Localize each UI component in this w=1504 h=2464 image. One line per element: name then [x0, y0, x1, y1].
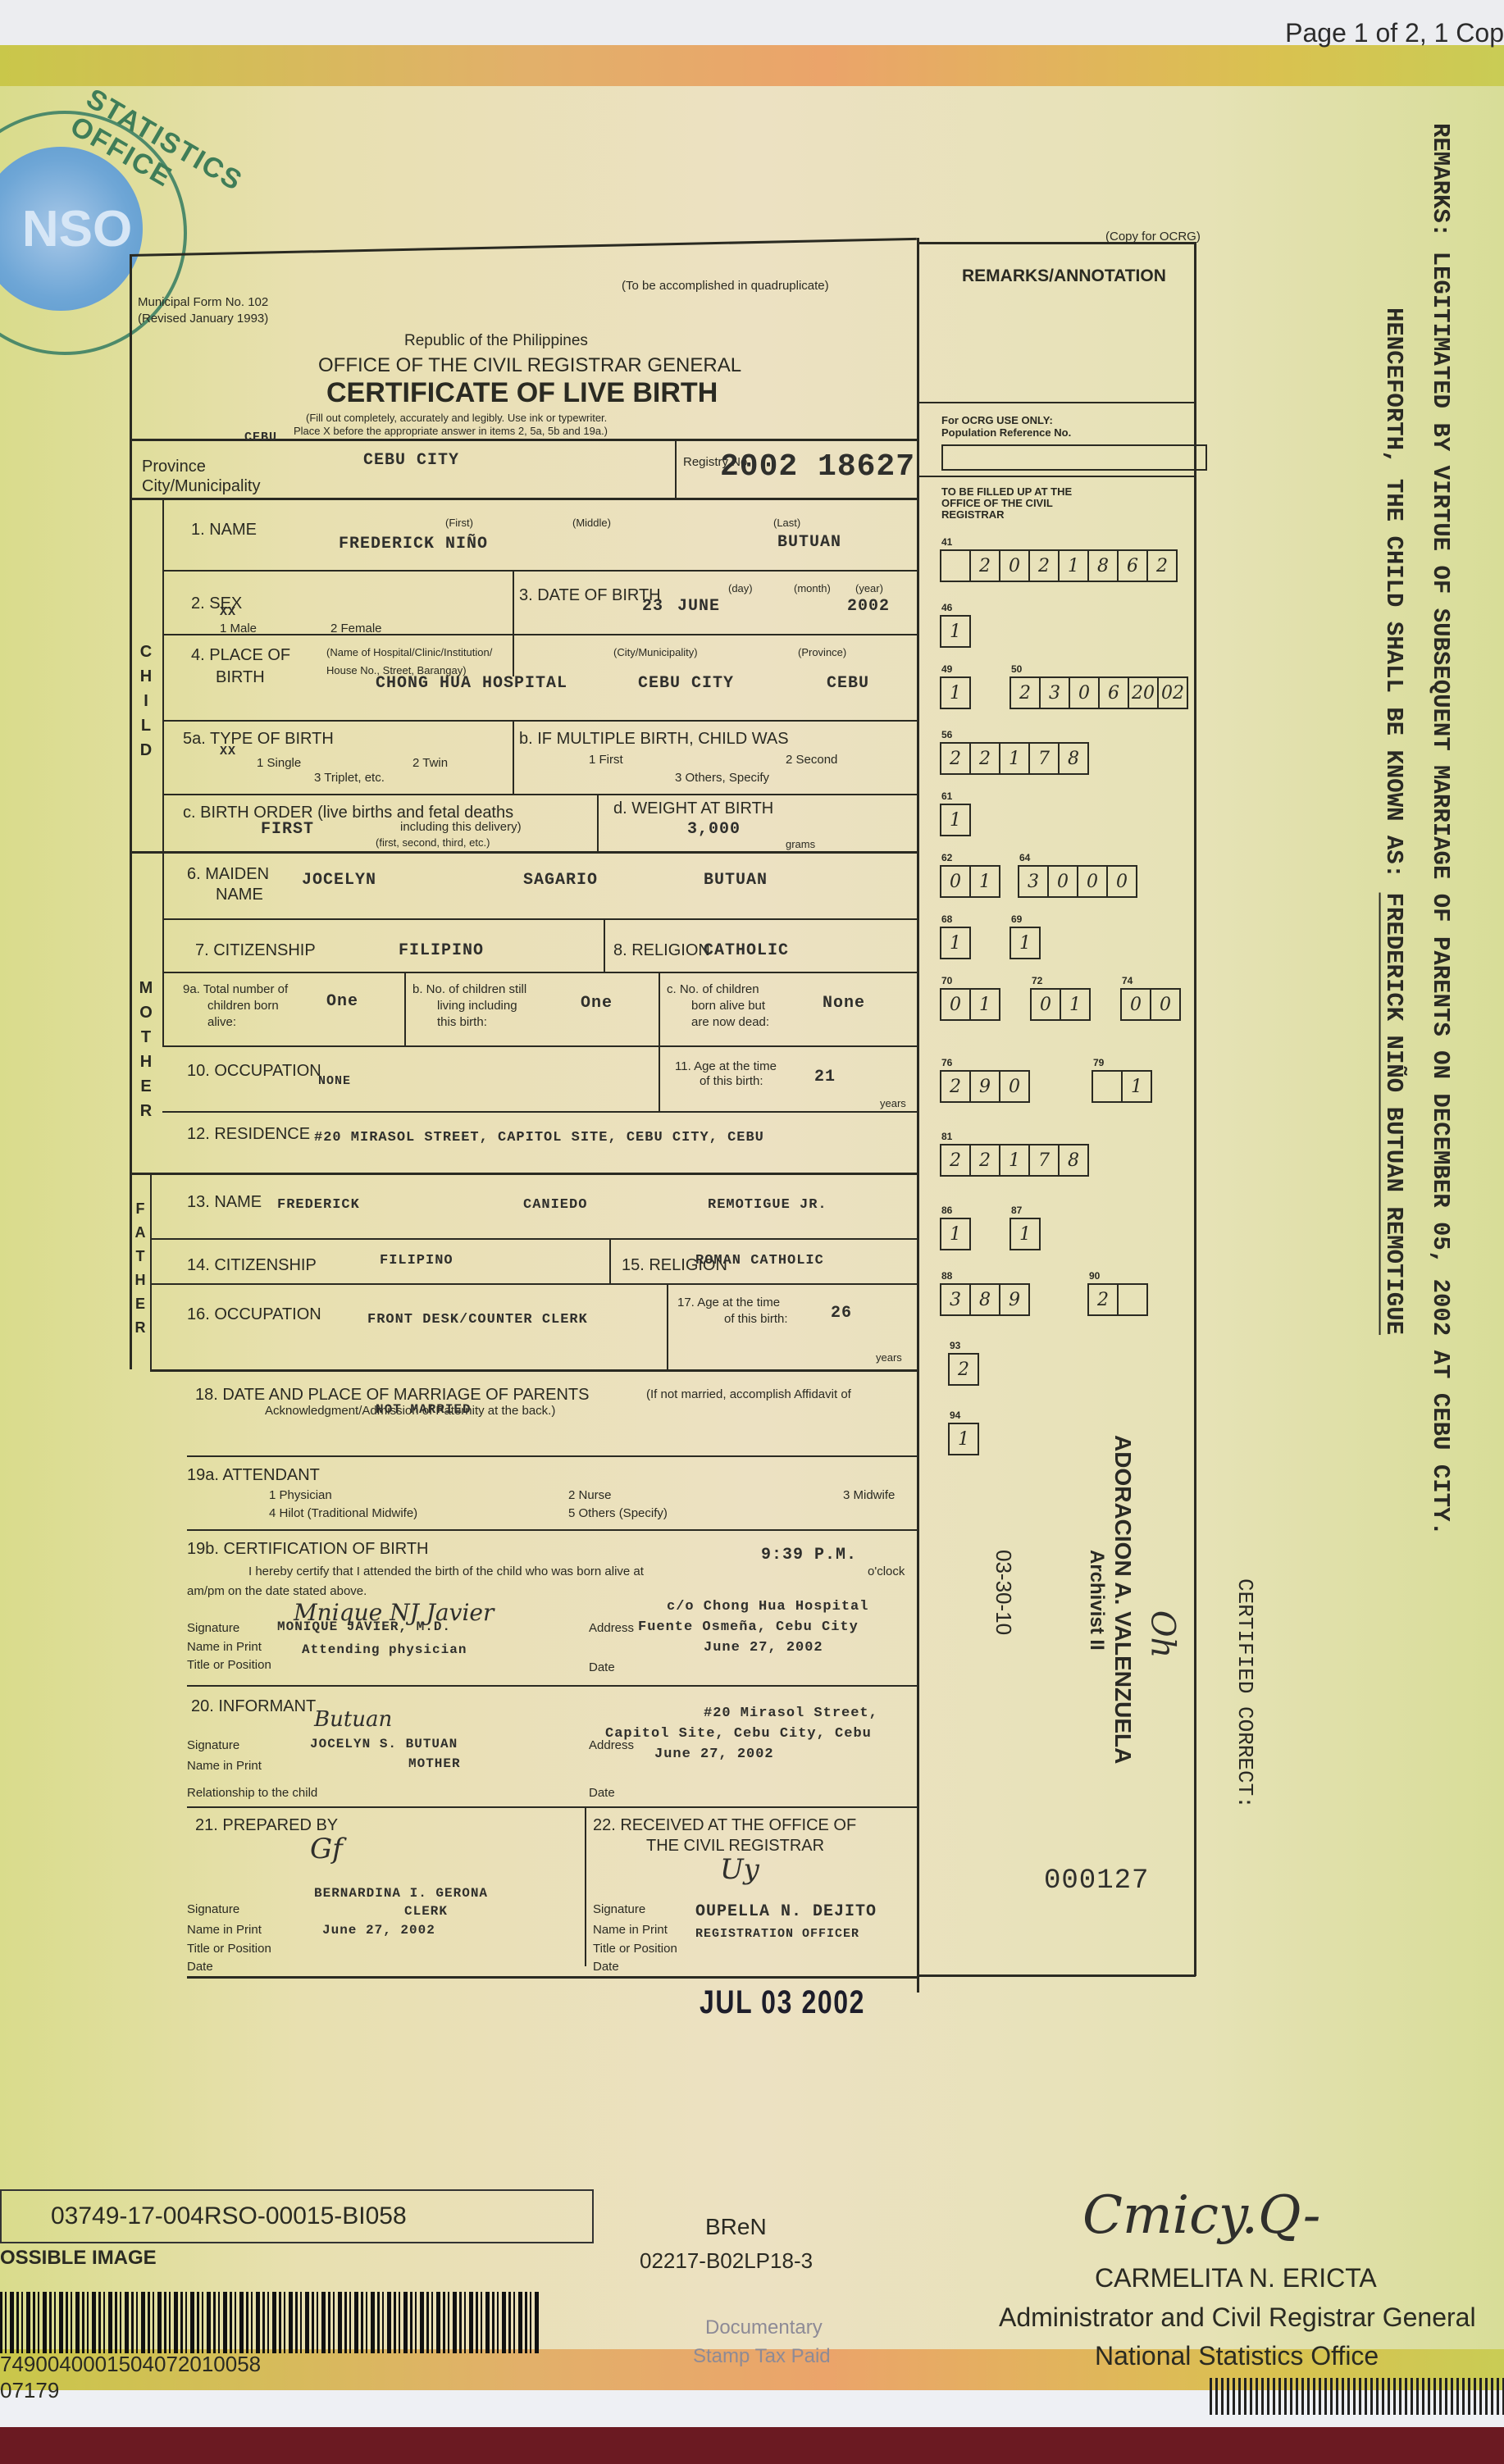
physician-title: Attending physician — [302, 1642, 467, 1657]
informant-address-1: #20 Mirasol Street, — [704, 1706, 878, 1721]
code-digit: 7 — [1028, 742, 1060, 775]
dob-label: 3. DATE OF BIRTH — [519, 586, 661, 605]
code-digit: 2 — [1146, 549, 1178, 582]
father-age: 26 — [831, 1304, 852, 1323]
dead-label-2: born alive but — [691, 999, 765, 1013]
code-digit: 1 — [940, 1218, 971, 1250]
code-box-50: 23062002 — [1011, 676, 1188, 709]
code-digit: 0 — [940, 988, 971, 1021]
dead-label-3: are now dead: — [691, 1015, 769, 1029]
code-box-68: 1 — [941, 927, 971, 959]
total-born-label: 9a. Total number of — [183, 982, 288, 996]
pob-label: 4. PLACE OF — [191, 646, 290, 665]
attendant-option-nurse: 2 Nurse — [568, 1488, 612, 1502]
preparer-date-label: Date — [187, 1960, 213, 1974]
multiple-option-others: 3 Others, Specify — [675, 771, 769, 785]
oclock-label: o'clock — [868, 1564, 905, 1578]
province-value: CEBU — [244, 430, 277, 444]
remarks-annotation-title: REMARKS/ANNOTATION — [962, 266, 1166, 286]
code-box-64: 3000 — [1019, 865, 1137, 898]
dob-year-sublabel: (year) — [855, 582, 883, 594]
type-of-birth-label: 5a. TYPE OF BIRTH — [183, 730, 334, 749]
weight-label: d. WEIGHT AT BIRTH — [613, 799, 773, 818]
legitimation-remark: REMARKS: LEGITIMATED BY VIRTUE OF SUBSEQ… — [1427, 123, 1454, 1536]
informant-date: June 27, 2002 — [654, 1747, 774, 1762]
attendant-option-others: 5 Others (Specify) — [568, 1506, 668, 1520]
code-digit: 1 — [940, 615, 971, 648]
code-digit: 9 — [969, 1070, 1000, 1103]
type-option-single: 1 Single — [257, 756, 301, 770]
preparer-name: BERNARDINA I. GERONA — [314, 1886, 488, 1901]
instructions-line-2: Place X before the appropriate answer in… — [294, 425, 608, 437]
code-digit: 1 — [1060, 988, 1091, 1021]
father-name-label: 13. NAME — [187, 1193, 262, 1212]
preparer-title: CLERK — [404, 1904, 448, 1919]
weight-value: 3,000 — [687, 820, 741, 839]
code-digit: 2 — [1087, 1283, 1119, 1316]
code-box-70: 01 — [941, 988, 1000, 1021]
name-in-print-label: Name in Print — [187, 1640, 262, 1654]
attendant-label: 19a. ATTENDANT — [187, 1466, 320, 1485]
population-ref-field — [941, 444, 1207, 471]
mother-age-label-2: of this birth: — [700, 1074, 763, 1088]
certification-label: 19b. CERTIFICATION OF BIRTH — [187, 1540, 429, 1559]
code-digit: 8 — [1058, 742, 1089, 775]
mother-first-name: JOCELYN — [302, 871, 376, 890]
province-label: Province — [142, 458, 206, 476]
mother-residence: #20 MIRASOL STREET, CAPITOL SITE, CEBU C… — [314, 1130, 764, 1145]
informant-label: 20. INFORMANT — [191, 1697, 316, 1716]
code-digit: 0 — [999, 1070, 1030, 1103]
code-box-79: 1 — [1093, 1070, 1152, 1103]
background-top-edge — [0, 0, 1504, 49]
signatory-name: CARMELITA N. ERICTA — [1095, 2263, 1377, 2293]
dob-month: JUNE — [677, 597, 720, 616]
middle-sublabel: (Middle) — [572, 517, 611, 529]
pob-province-sublabel: (Province) — [798, 646, 846, 658]
living-label-2: living including — [437, 999, 517, 1013]
archivist-stamp-date: 03-30-10 — [991, 1550, 1016, 1635]
code-digit: 3 — [1018, 865, 1049, 898]
code-number: 87 — [1011, 1205, 1022, 1216]
office-label: OFFICE OF THE CIVIL REGISTRAR GENERAL — [318, 354, 741, 377]
code-number: 49 — [941, 663, 952, 675]
mother-citizenship-label: 7. CITIZENSHIP — [195, 941, 316, 960]
attendant-option-midwife: 3 Midwife — [843, 1488, 895, 1502]
code-box-61: 1 — [941, 804, 971, 836]
dob-month-sublabel: (month) — [794, 582, 831, 594]
code-number: 68 — [941, 913, 952, 925]
birth-order-value: FIRST — [261, 820, 314, 839]
title-label: Title or Position — [187, 1658, 271, 1672]
multiple-option-second: 2 Second — [786, 753, 837, 767]
dob-year: 2002 — [847, 597, 890, 616]
code-box-86: 1 — [941, 1218, 971, 1250]
pob-hospital: CHONG HUA HOSPITAL — [376, 674, 567, 693]
code-digit: 2 — [940, 1144, 971, 1177]
code-number: 50 — [1011, 663, 1022, 675]
date-label: Date — [589, 1660, 615, 1674]
birth-time: 9:39 P.M. — [761, 1546, 857, 1564]
code-digit: 8 — [969, 1283, 1000, 1316]
pob-city: CEBU CITY — [638, 674, 734, 693]
attendant-option-hilot: 4 Hilot (Traditional Midwife) — [269, 1506, 417, 1520]
birth-certificate-form: Municipal Form No. 102 (Revised January … — [130, 254, 1228, 1993]
code-number: 41 — [941, 536, 952, 548]
code-number: 93 — [950, 1340, 960, 1351]
marriage-note: (If not married, accomplish Affidavit of — [646, 1387, 851, 1401]
father-citizenship-label: 14. CITIZENSHIP — [187, 1256, 317, 1275]
code-number: 46 — [941, 602, 952, 613]
code-digit — [1117, 1283, 1148, 1316]
living-label: b. No. of children still — [412, 982, 526, 996]
code-digit: 2 — [940, 742, 971, 775]
code-number: 86 — [941, 1205, 952, 1216]
code-box-76: 290 — [941, 1070, 1030, 1103]
stamp-tax-label-2: Stamp Tax Paid — [693, 2345, 831, 2368]
mother-occupation-label: 10. OCCUPATION — [187, 1062, 321, 1081]
code-box-69: 1 — [1011, 927, 1041, 959]
father-section-label: FATHER — [132, 1197, 148, 1340]
mother-age-unit: years — [880, 1097, 906, 1109]
father-age-label-2: of this birth: — [724, 1312, 788, 1326]
seal-text: NSO — [0, 200, 132, 258]
bren-value: 02217-B02LP18-3 — [640, 2248, 813, 2274]
code-box-81: 22178 — [941, 1144, 1089, 1177]
first-sublabel: (First) — [445, 517, 473, 529]
document-code: 03749-17-004RSO-00015-BI058 — [51, 2202, 407, 2230]
code-number: 62 — [941, 852, 952, 863]
fill-up-label: TO BE FILLED UP AT THE — [941, 485, 1072, 498]
code-box-46: 1 — [941, 615, 971, 648]
code-digit: 0 — [1077, 865, 1108, 898]
code-number: 61 — [941, 790, 952, 802]
ocrg-use-label: For OCRG USE ONLY: — [941, 414, 1053, 426]
pob-province: CEBU — [827, 674, 869, 693]
trailing-number: 07179 — [0, 2378, 59, 2403]
mother-middle-name: SAGARIO — [523, 871, 598, 890]
weight-unit: grams — [786, 838, 815, 850]
dead-value: None — [823, 994, 865, 1013]
mother-religion: CATHOLIC — [704, 941, 789, 960]
secondary-barcode-icon — [1210, 2378, 1504, 2415]
marriage-value: NOT MARRIED — [376, 1402, 472, 1417]
quadruplicate-note: (To be accomplished in quadruplicate) — [622, 279, 829, 293]
code-box-72: 01 — [1032, 988, 1091, 1021]
fill-up-label-2: OFFICE OF THE CIVIL — [941, 497, 1053, 509]
physician-address-1: c/o Chong Hua Hospital — [667, 1599, 868, 1615]
document-code-box: 03749-17-004RSO-00015-BI058 — [0, 2189, 594, 2243]
child-first-name: FREDERICK NIÑO — [339, 535, 488, 553]
code-digit: 2 — [969, 1144, 1000, 1177]
code-digit: 1 — [999, 742, 1030, 775]
maiden-name-label: 6. MAIDEN — [187, 865, 269, 884]
sex-mark: XX — [220, 605, 236, 619]
mother-last-name: BUTUAN — [704, 871, 768, 890]
code-number: 90 — [1089, 1270, 1100, 1282]
pob-hospital-sublabel: (Name of Hospital/Clinic/Institution/ — [326, 646, 492, 658]
dob-day-sublabel: (day) — [728, 582, 753, 594]
certified-correct-label: CERTIFIED CORRECT: — [1233, 1578, 1257, 1809]
new-child-name: FREDERICK NIÑO BUTUAN REMOTIGUE — [1380, 893, 1407, 1336]
page-indicator: Page 1 of 2, 1 Cop — [1285, 18, 1504, 48]
code-digit: 8 — [1058, 1144, 1089, 1177]
instructions-line-1: (Fill out completely, accurately and leg… — [306, 412, 607, 424]
father-age-label: 17. Age at the time — [677, 1296, 780, 1309]
form-number: Municipal Form No. 102 — [138, 295, 268, 309]
code-digit: 0 — [1150, 988, 1181, 1021]
code-digit: 0 — [1030, 988, 1061, 1021]
form-revised: (Revised January 1993) — [138, 312, 268, 326]
code-box-88: 389 — [941, 1283, 1030, 1316]
code-digit: 2 — [969, 549, 1000, 582]
archivist-stamp-title: Archivist II — [1085, 1550, 1108, 1651]
certification-statement-2: am/pm on the date stated above. — [187, 1584, 367, 1598]
code-digit: 1 — [969, 865, 1000, 898]
code-digit: 7 — [1028, 1144, 1060, 1177]
city-label: City/Municipality — [142, 477, 260, 496]
code-digit: 2 — [969, 742, 1000, 775]
code-digit: 9 — [999, 1283, 1030, 1316]
population-ref-label: Population Reference No. — [941, 426, 1071, 439]
living-label-3: this birth: — [437, 1015, 487, 1029]
code-digit — [940, 549, 971, 582]
code-number: 56 — [941, 729, 952, 740]
code-number: 74 — [1122, 975, 1133, 986]
code-digit: 1 — [1010, 1218, 1041, 1250]
mother-occupation: NONE — [318, 1074, 351, 1088]
code-digit: 2 — [1010, 676, 1041, 709]
preparer-date: June 27, 2002 — [322, 1923, 435, 1938]
maiden-name-label-2: NAME — [216, 886, 263, 904]
code-digit: 1 — [1121, 1070, 1152, 1103]
serial-number: 000127 — [1044, 1865, 1149, 1897]
code-digit: 1 — [940, 927, 971, 959]
certificate-title: CERTIFICATE OF LIVE BIRTH — [326, 377, 718, 409]
registrar-title-label: Title or Position — [593, 1942, 677, 1956]
informant-signature: Butuan — [314, 1707, 392, 1732]
registrar-title: REGISTRATION OFFICER — [695, 1927, 859, 1941]
code-digit: 0 — [1120, 988, 1151, 1021]
received-stamp-date: JUL 03 2002 — [700, 1984, 865, 2021]
code-digit: 2 — [940, 1070, 971, 1103]
informant-date-label: Date — [589, 1786, 615, 1800]
bren-label: BReN — [705, 2214, 767, 2240]
code-digit: 1 — [1058, 549, 1089, 582]
code-digit — [1092, 1070, 1123, 1103]
preparer-signature-label: Signature — [187, 1902, 239, 1916]
registrar-name: OUPELLA N. DEJITO — [695, 1902, 877, 1921]
code-digit: 8 — [1087, 549, 1119, 582]
image-note: OSSIBLE IMAGE — [0, 2247, 157, 2270]
registry-number: 2002 18627 — [720, 449, 915, 485]
registrar-name-label: Name in Print — [593, 1923, 668, 1937]
code-digit: 2 — [1028, 549, 1060, 582]
living-value: One — [581, 994, 613, 1013]
total-born-label-3: alive: — [207, 1015, 236, 1029]
pob-label-2: BIRTH — [216, 668, 265, 687]
father-first-name: FREDERICK — [277, 1197, 360, 1213]
code-digit: 1 — [969, 988, 1000, 1021]
code-box-94: 1 — [950, 1423, 979, 1455]
type-option-twin: 2 Twin — [412, 756, 448, 770]
code-number: 69 — [1011, 913, 1022, 925]
mother-age-label: 11. Age at the time — [675, 1059, 777, 1073]
code-box-41: 2021862 — [941, 549, 1178, 582]
last-sublabel: (Last) — [773, 517, 800, 529]
remark-prefix: HENCEFORTH, THE CHILD SHALL BE KNOWN AS: — [1380, 307, 1407, 893]
code-box-93: 2 — [950, 1353, 979, 1386]
father-age-unit: years — [876, 1351, 902, 1364]
signatory-title: Administrator and Civil Registrar Genera… — [999, 2302, 1476, 2333]
mother-religion-label: 8. RELIGION — [613, 941, 710, 960]
pob-city-sublabel: (City/Municipality) — [613, 646, 698, 658]
father-last-name: REMOTIGUE JR. — [708, 1197, 827, 1213]
code-digit: 0 — [1106, 865, 1137, 898]
multiple-birth-label: b. IF MULTIPLE BIRTH, CHILD WAS — [519, 730, 789, 749]
child-section-label: CHILD — [138, 640, 154, 763]
mother-section-label: MOTHER — [138, 976, 154, 1123]
code-number: 94 — [950, 1410, 960, 1421]
preparer-signature: Gf — [310, 1833, 343, 1865]
code-box-62: 01 — [941, 865, 1000, 898]
legitimation-remark-line-2: HENCEFORTH, THE CHILD SHALL BE KNOWN AS:… — [1380, 307, 1407, 1335]
city-value: CEBU CITY — [363, 451, 459, 470]
stamp-tax-label: Documentary — [705, 2316, 823, 2339]
residence-label: 12. RESIDENCE — [187, 1125, 310, 1144]
code-digit: 1 — [940, 804, 971, 836]
type-mark: XX — [220, 745, 236, 758]
type-option-triplet: 3 Triplet, etc. — [314, 771, 385, 785]
code-digit: 3 — [940, 1283, 971, 1316]
color-band-top — [0, 45, 1504, 86]
informant-address-2: Capitol Site, Cebu City, Cebu — [605, 1726, 872, 1742]
barcode-icon — [0, 2292, 541, 2353]
father-religion: ROMAN CATHOLIC — [695, 1253, 824, 1268]
physician-date: June 27, 2002 — [704, 1640, 823, 1656]
fill-up-label-3: REGISTRAR — [941, 508, 1005, 521]
informant-name-label: Name in Print — [187, 1759, 262, 1773]
preparer-name-label: Name in Print — [187, 1923, 262, 1937]
dob-day: 23 — [642, 597, 663, 616]
birth-order-sublabel: including this delivery) — [400, 820, 522, 834]
physician-address-2: Fuente Osmeña, Cebu City — [638, 1619, 859, 1635]
father-occupation-label: 16. OCCUPATION — [187, 1305, 321, 1324]
code-number: 88 — [941, 1270, 952, 1282]
code-digit: 2 — [948, 1353, 979, 1386]
signature-label: Signature — [187, 1621, 239, 1635]
code-digit: 1 — [940, 676, 971, 709]
informant-signature-label: Signature — [187, 1738, 239, 1752]
birth-order-sublabel-2: (first, second, third, etc.) — [376, 836, 490, 849]
physician-name: MONIQUE JAVIER, M.D. — [277, 1619, 451, 1634]
archivist-signature: Oh — [1143, 1610, 1181, 1659]
code-digit: 0 — [999, 549, 1030, 582]
code-box-87: 1 — [1011, 1218, 1041, 1250]
code-digit: 0 — [1047, 865, 1078, 898]
father-occupation: FRONT DESK/COUNTER CLERK — [367, 1312, 588, 1328]
signatory-signature: Cmicy.Q- — [1082, 2185, 1320, 2246]
mother-age: 21 — [814, 1068, 836, 1086]
registrar-date-label: Date — [593, 1960, 619, 1974]
seal-emblem-icon: NSO — [0, 147, 143, 311]
child-last-name: BUTUAN — [777, 533, 841, 552]
mother-citizenship: FILIPINO — [399, 941, 484, 960]
relationship-label: Relationship to the child — [187, 1786, 317, 1800]
code-box-90: 2 — [1089, 1283, 1148, 1316]
attendant-option-physician: 1 Physician — [269, 1488, 332, 1502]
address-label: Address — [589, 1621, 634, 1635]
code-box-74: 00 — [1122, 988, 1181, 1021]
registrar-signature-label: Signature — [593, 1902, 645, 1916]
code-number: 79 — [1093, 1057, 1104, 1068]
father-citizenship: FILIPINO — [380, 1253, 453, 1268]
code-number: 64 — [1019, 852, 1030, 863]
registrar-signature: Uy — [720, 1853, 759, 1886]
certification-statement: I hereby certify that I attended the bir… — [248, 1564, 644, 1578]
total-born-label-2: children born — [207, 999, 279, 1013]
archivist-stamp-name: ADORACION A. VALENZUELA — [1110, 1435, 1136, 1764]
code-box-49: 1 — [941, 676, 971, 709]
child-name-label: 1. NAME — [191, 521, 257, 540]
informant-relationship: MOTHER — [408, 1756, 461, 1771]
code-box-56: 22178 — [941, 742, 1089, 775]
code-digit: 0 — [940, 865, 971, 898]
barcode-number: 74900400015040720100​58 — [0, 2352, 261, 2377]
republic-label: Republic of the Philippines — [404, 332, 588, 350]
code-digit: 3 — [1039, 676, 1070, 709]
code-digit: 1 — [1010, 927, 1041, 959]
code-digit: 02 — [1157, 676, 1188, 709]
father-middle-name: CANIEDO — [523, 1197, 587, 1213]
dead-label: c. No. of children — [667, 982, 759, 996]
code-digit: 1 — [999, 1144, 1030, 1177]
code-digit: 1 — [948, 1423, 979, 1455]
code-number: 81 — [941, 1131, 952, 1142]
informant-name: JOCELYN S. BUTUAN — [310, 1737, 458, 1751]
code-number: 76 — [941, 1057, 952, 1068]
code-number: 72 — [1032, 975, 1042, 986]
code-digit: 20 — [1128, 676, 1159, 709]
multiple-option-first: 1 First — [589, 753, 623, 767]
preparer-title-label: Title or Position — [187, 1942, 271, 1956]
received-label: 22. RECEIVED AT THE OFFICE OF — [593, 1816, 856, 1835]
total-born-value: One — [326, 992, 358, 1011]
code-digit: 0 — [1069, 676, 1100, 709]
signatory-office: National Statistics Office — [1095, 2341, 1379, 2371]
code-number: 70 — [941, 975, 952, 986]
code-digit: 6 — [1098, 676, 1129, 709]
code-digit: 6 — [1117, 549, 1148, 582]
